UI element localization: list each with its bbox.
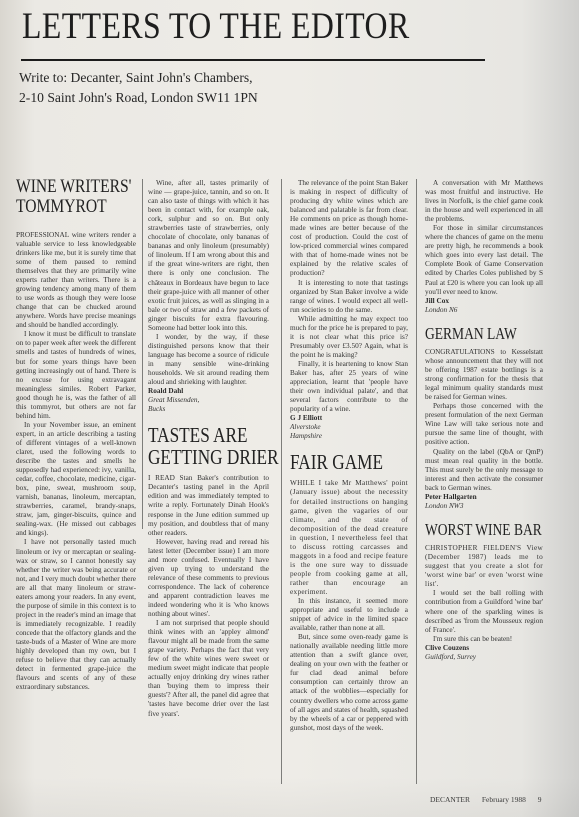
- column-4: A conversation with Mr Matthews was most…: [425, 179, 543, 662]
- letter-author: Jill Cox: [425, 297, 543, 306]
- letter-headline: WINE WRITERS' TOMMYROT: [16, 177, 114, 217]
- publication-name: DECANTER: [430, 795, 470, 804]
- letter-paragraph: I have not personally tasted much linole…: [16, 538, 136, 692]
- letter-paragraph: CHRISTOPHER FIELDEN'S View (December 198…: [425, 544, 543, 589]
- column-3: The relevance of the point Stan Baker is…: [290, 179, 408, 733]
- editor-address: Write to: Decanter, Saint John's Chamber…: [19, 68, 258, 108]
- letter-paragraph: But, since some oven-ready game is natio…: [290, 633, 408, 733]
- magazine-page: LETTERS TO THE EDITOR Write to: Decanter…: [0, 0, 579, 817]
- column-divider-2: [281, 179, 282, 784]
- column-2: Wine, after all, tastes primarily of win…: [148, 179, 269, 719]
- letter-author: Clive Couzens: [425, 644, 543, 653]
- letter-location: Hampshire: [290, 432, 408, 441]
- issue-date: February 1988: [482, 795, 526, 804]
- letter-paragraph: Perhaps those concerned with the present…: [425, 402, 543, 447]
- letter-location: Great Missenden,: [148, 396, 269, 405]
- letter-paragraph: However, having read and reread his late…: [148, 538, 269, 619]
- letter-paragraph: In this instance, it seemed more appropr…: [290, 597, 408, 633]
- letter-paragraph: I READ Stan Baker's contribution to Deca…: [148, 474, 269, 537]
- letter-location: Bucks: [148, 405, 269, 414]
- title-rule-divider: [21, 59, 485, 61]
- letter-paragraph: I'm sure this can be beaten!: [425, 635, 543, 644]
- letter-location: London N6: [425, 306, 543, 315]
- letter-paragraph: WHILE I take Mr Matthews' point (January…: [290, 479, 408, 597]
- page-footer: DECANTER February 1988 9: [430, 795, 551, 804]
- letter-location: London NW3: [425, 502, 543, 511]
- letter-author: Roald Dahl: [148, 387, 269, 396]
- column-1: WINE WRITERS' TOMMYROT PROFESSIONAL wine…: [16, 177, 136, 692]
- letter-headline: WORST WINE BAR: [425, 521, 522, 538]
- letter-paragraph: I wonder, by the way, if these distingui…: [148, 333, 269, 387]
- letter-headline: FAIR GAME: [290, 451, 387, 473]
- letter-paragraph: Quality on the label (QbA or QmP) must m…: [425, 448, 543, 493]
- letter-location: Guildford, Surrey: [425, 653, 543, 662]
- letter-paragraph: CONGRATULATIONS to Kesselstatt whose ann…: [425, 348, 543, 402]
- letter-headline: TASTES ARE GETTING DRIER: [148, 424, 247, 468]
- page-number: 9: [538, 795, 542, 804]
- letter-paragraph: I know it must be difficult to translate…: [16, 330, 136, 420]
- letter-paragraph: I would set the ball rolling with contri…: [425, 589, 543, 634]
- letter-paragraph: PROFESSIONAL wine writers render a valua…: [16, 231, 136, 331]
- column-divider-3: [416, 179, 417, 784]
- letter-paragraph: The relevance of the point Stan Baker is…: [290, 179, 408, 279]
- letter-author: Peter Hallgarten: [425, 493, 543, 502]
- address-line-2: 2-10 Saint John's Road, London SW11 1PN: [19, 88, 258, 108]
- letter-headline: GERMAN LAW: [425, 325, 522, 342]
- address-line-1: Write to: Decanter, Saint John's Chamber…: [19, 68, 258, 88]
- page-title: LETTERS TO THE EDITOR: [22, 6, 410, 49]
- letter-paragraph: In your November issue, an eminent exper…: [16, 421, 136, 539]
- letter-paragraph: For those in similar circumstances where…: [425, 224, 543, 296]
- column-divider-1: [142, 179, 143, 529]
- letter-author: G J Elliott: [290, 414, 408, 423]
- letter-paragraph: While admitting he may expect too much f…: [290, 315, 408, 360]
- letter-paragraph: I am not surprised that people should th…: [148, 619, 269, 719]
- letter-paragraph: Finally, it is heartening to know Stan B…: [290, 360, 408, 414]
- letter-paragraph: Wine, after all, tastes primarily of win…: [148, 179, 269, 333]
- letter-location: Alverstoke: [290, 423, 408, 432]
- letter-paragraph: A conversation with Mr Matthews was most…: [425, 179, 543, 224]
- letter-paragraph: It is interesting to note that tastings …: [290, 279, 408, 315]
